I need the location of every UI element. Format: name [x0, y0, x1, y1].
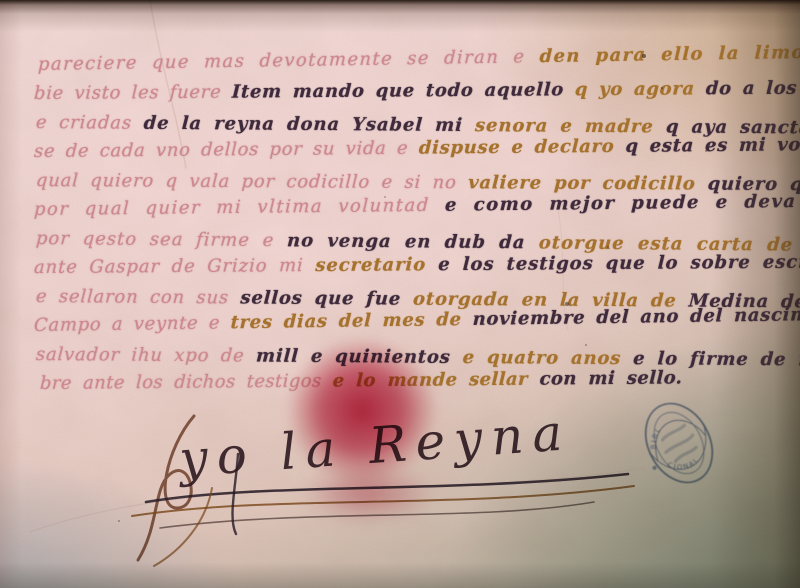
manuscript-segment: pareciere que mas devotamente se diran e — [38, 46, 540, 75]
manuscript-segment: e como mejor puede e deva valer E — [445, 190, 800, 216]
manuscript-segment: tres dias del mes de — [230, 309, 473, 333]
manuscript-segment: ante Gaspar de Grizio mi — [34, 255, 316, 278]
royal-signature: yo la Reyna — [116, 390, 664, 578]
manuscript-photo: pareciere que mas devotamente se diran e… — [0, 0, 800, 588]
manuscript-segment: de la reyna dona Ysabel mi — [143, 113, 476, 136]
manuscript-segment: e los testigos que lo sobre escrivieron — [438, 251, 800, 275]
ink-specks — [0, 0, 2, 2]
manuscript-segment: por qesto sea firme e — [35, 228, 287, 251]
manuscript-segment: q yo agora — [574, 78, 706, 100]
manuscript-segment: e criadas — [35, 112, 144, 134]
manuscript-segment: por qual quier mi vltima voluntad — [34, 195, 446, 220]
signature-text: yo la Reyna — [175, 403, 573, 488]
manuscript-segment: do a los criados q — [705, 77, 800, 99]
manuscript-segment: q esta es mi voluntad la — [625, 133, 800, 156]
manuscript-segment: secretario — [315, 254, 439, 276]
manuscript-line: se de cada vno dellos por su vida e disp… — [33, 131, 774, 166]
manuscript-segment: e sellaron con sus — [35, 286, 241, 308]
manuscript-segment: den para ello la limosna que — [539, 40, 800, 67]
manuscript-segment: bie visto les fuere — [34, 82, 233, 104]
signature-underline-ochre — [132, 486, 634, 516]
manuscript-line: ante Gaspar de Grizio mi secretario e lo… — [33, 248, 774, 282]
manuscript-line: pareciere que mas devotamente se diran e… — [37, 38, 774, 79]
manuscript-segment: noviembre del ano del nascimiento de nro — [472, 302, 800, 330]
manuscript-segment: se de cada vno dellos por su vida e — [34, 138, 420, 162]
manuscript-segment: salvador ihu xpo de — [35, 344, 256, 367]
manuscript-segment: qual quiero q vala por codicillo e si no — [35, 170, 468, 193]
manuscript-line: bie visto les fuere Item mando que todo … — [33, 74, 774, 108]
manuscript-segment: dispuse e declaro — [418, 136, 626, 159]
manuscript-segment: Campo a veynte e — [34, 312, 231, 336]
stamp-dot — [652, 465, 658, 471]
manuscript-segment: Item mando que todo aquello — [231, 79, 575, 102]
stamp-text-bottom: CIONAL — [664, 448, 703, 480]
